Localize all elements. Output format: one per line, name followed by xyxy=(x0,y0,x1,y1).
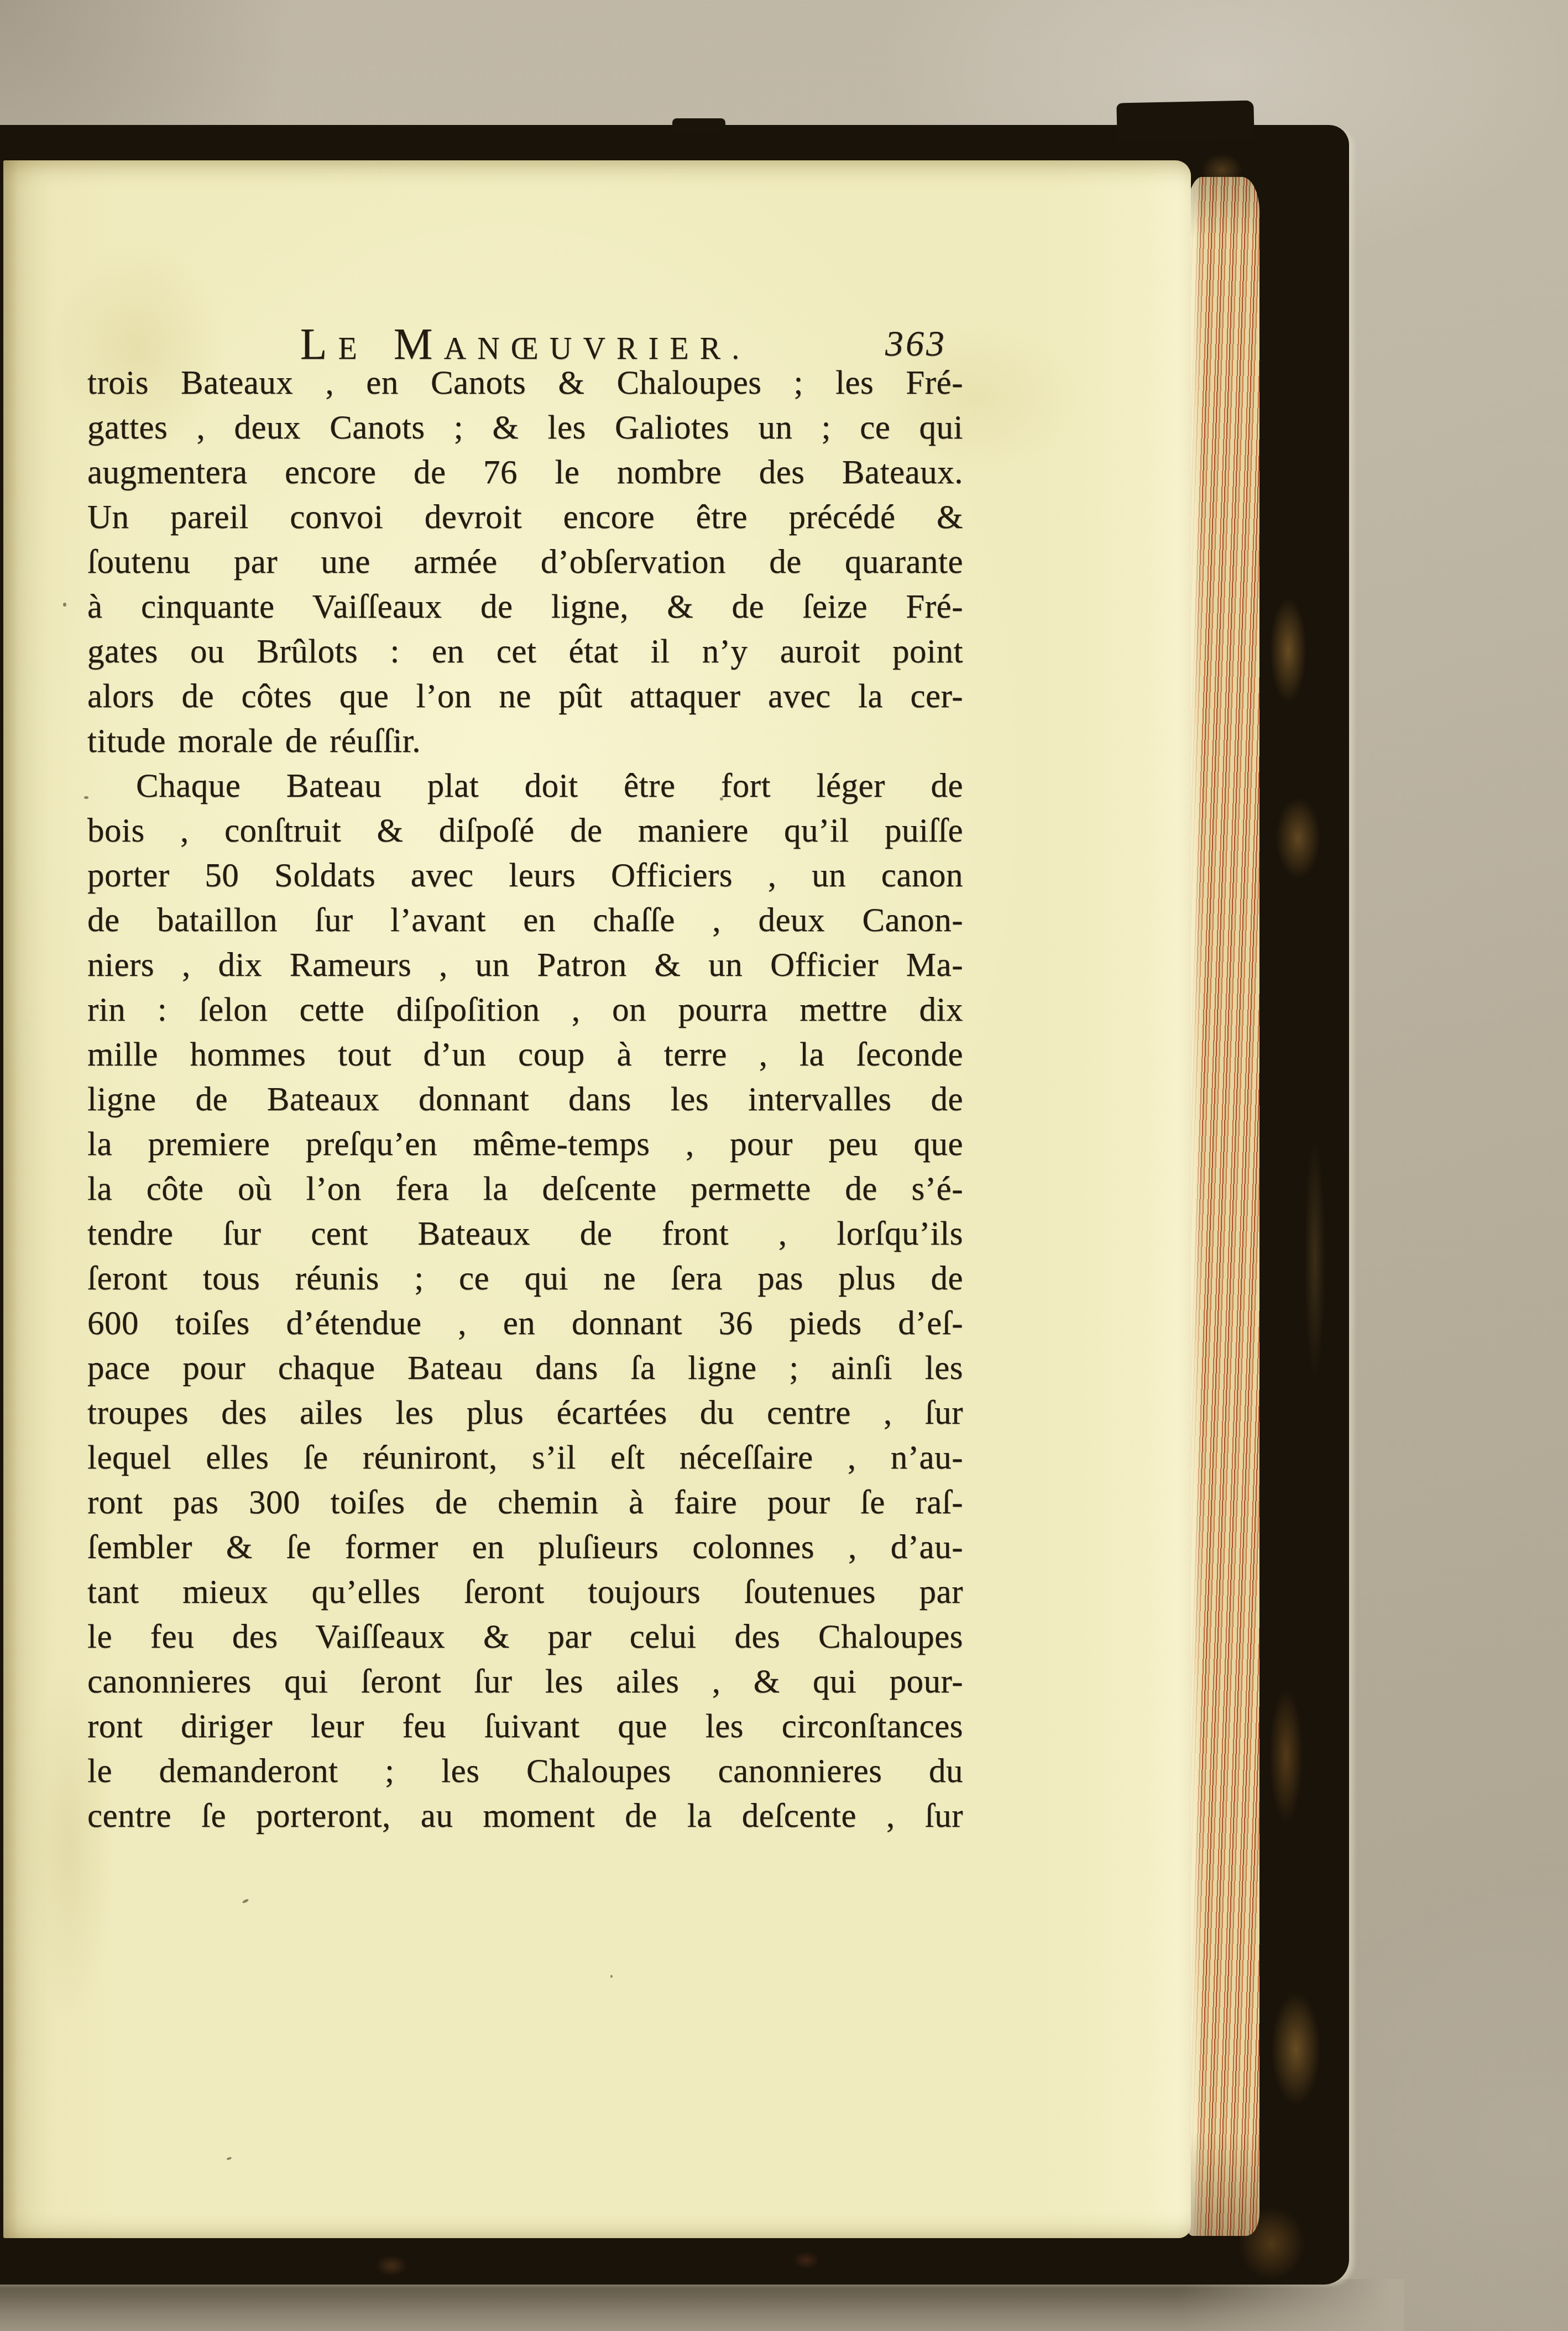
text-line: gattes , deux Canots ; & les Galiotes un… xyxy=(87,405,963,450)
page-speck xyxy=(63,603,66,607)
body-text: trois Bateaux , en Canots & Chaloupes ; … xyxy=(87,360,963,1838)
text-line: niers , dix Rameurs , un Patron & un Off… xyxy=(87,943,963,987)
text-line: ront diriger leur feu ſuivant que les ci… xyxy=(87,1704,963,1749)
text-line: de bataillon ſur l’avant en chaſſe , deu… xyxy=(87,898,963,943)
text-line: augmentera encore de 76 le nombre des Ba… xyxy=(87,450,963,495)
text-line: trois Bateaux , en Canots & Chaloupes ; … xyxy=(87,360,963,405)
cover-corner-tab xyxy=(1116,100,1254,142)
text-line: ſembler & ſe former en pluſieurs colonne… xyxy=(87,1525,963,1570)
text-line: ligne de Bateaux donnant dans les interv… xyxy=(87,1077,963,1122)
text-line: à cinquante Vaiſſeaux de ligne, & de ſei… xyxy=(87,584,963,629)
text-line-paragraph-end: titude morale de réuſſir. xyxy=(87,719,963,764)
text-line: gates ou Brûlots : en cet état il n’y au… xyxy=(87,629,963,674)
text-line: alors de côtes que l’on ne pût attaquer … xyxy=(87,674,963,719)
text-line: la premiere preſqu’en même-temps , pour … xyxy=(87,1122,963,1167)
text-line: canonnieres qui ſeront ſur les ailes , &… xyxy=(87,1659,963,1704)
page-number: 363 xyxy=(885,323,947,365)
book-page: LeManœuvrier. 363 trois Bateaux , en Can… xyxy=(3,160,1191,2238)
page-content: LeManœuvrier. 363 trois Bateaux , en Can… xyxy=(87,160,963,2238)
text-line: lequel elles ſe réuniront, s’il eſt néce… xyxy=(87,1435,963,1480)
text-line: le feu des Vaiſſeaux & par celui des Cha… xyxy=(87,1614,963,1659)
text-line: centre ſe porteront, au moment de la deſ… xyxy=(87,1794,963,1838)
text-line: pace pour chaque Bateau dans ſa ligne ; … xyxy=(87,1346,963,1391)
text-line: ſoutenu par une armée d’obſervation de q… xyxy=(87,540,963,584)
text-line-paragraph-start: Chaque Bateau plat doit être fort léger … xyxy=(87,764,963,808)
book-cast-shadow xyxy=(0,2279,1404,2331)
page-fore-edge xyxy=(1187,177,1259,2236)
text-line: la côte où l’on fera la deſcente permett… xyxy=(87,1167,963,1211)
text-line: le demanderont ; les Chaloupes canonnier… xyxy=(87,1749,963,1794)
text-line: 600 toiſes d’étendue , en donnant 36 pie… xyxy=(87,1301,963,1346)
text-line: rin : ſelon cette diſpoſition , on pourr… xyxy=(87,987,963,1032)
photo-backdrop: LeManœuvrier. 363 trois Bateaux , en Can… xyxy=(0,0,1568,2331)
text-line: ſeront tous réunis ; ce qui ne ſera pas … xyxy=(87,1256,963,1301)
text-line: ront pas 300 toiſes de chemin à faire po… xyxy=(87,1480,963,1525)
cover-edge-bump xyxy=(672,118,725,132)
text-line: tendre ſur cent Bateaux de front , lorſq… xyxy=(87,1211,963,1256)
text-line: bois , conſtruit & diſpoſé de maniere qu… xyxy=(87,808,963,853)
text-line: troupes des ailes les plus écartées du c… xyxy=(87,1391,963,1435)
text-line: porter 50 Soldats avec leurs Officiers ,… xyxy=(87,853,963,898)
text-line: tant mieux qu’elles ſeront toujours ſout… xyxy=(87,1570,963,1614)
text-line: mille hommes tout d’un coup à terre , la… xyxy=(87,1032,963,1077)
text-line: Un pareil convoi devroit encore être pré… xyxy=(87,495,963,540)
